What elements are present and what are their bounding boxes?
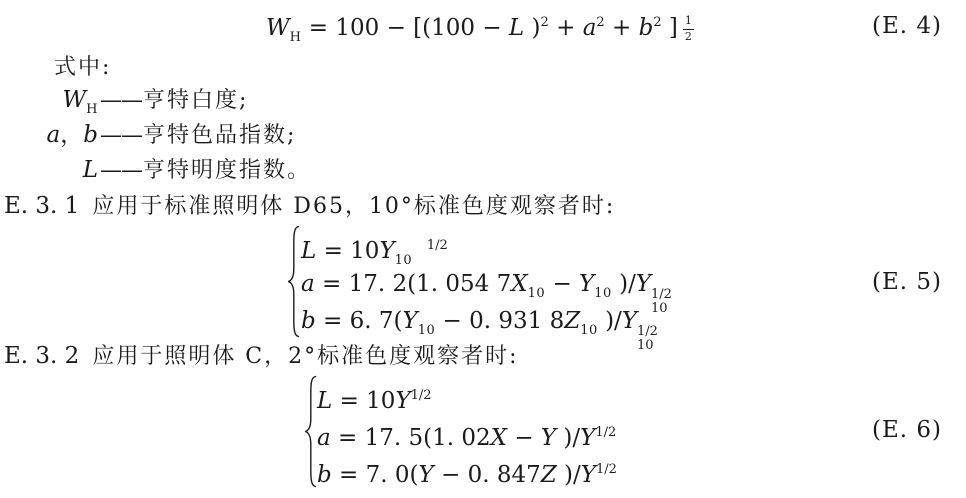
math-token: 1/2 — [595, 425, 616, 440]
left-brace-e6 — [302, 375, 318, 488]
em-dash: —— — [100, 158, 142, 183]
section-text-e32: 应用于照明体 C，2°标准色度观察者时: — [92, 344, 518, 369]
formula-label-e5: (E. 5) — [872, 264, 942, 300]
math-token: )/ — [557, 462, 581, 488]
math-token: L — [317, 388, 332, 414]
definition-row-ab: a，b——亨特色品指数; — [0, 117, 296, 154]
left-brace-e5 — [285, 225, 301, 338]
math-token: b — [301, 308, 316, 334]
math-token: L — [509, 15, 524, 41]
math-token: 2 — [653, 15, 661, 30]
math-token: + — [549, 15, 583, 41]
math-token: )/ — [556, 425, 580, 451]
math-token: 10 — [594, 286, 612, 301]
math-token: Y — [636, 271, 651, 297]
math-token: 1/2 — [596, 462, 617, 477]
math-token: ] — [662, 15, 678, 41]
section-heading-e32: E. 3. 2应用于照明体 C，2°标准色度观察者时: — [4, 338, 519, 375]
definition-term-l: L — [0, 152, 98, 188]
math-token: )/ — [612, 271, 636, 297]
math-token: − — [545, 271, 579, 297]
definition-row-l: L——亨特明度指数。 — [0, 152, 311, 189]
where-intro: 式中: — [54, 50, 111, 86]
math-token: a — [317, 425, 331, 451]
math-token: L — [83, 157, 98, 183]
math-token: Y — [419, 462, 434, 488]
math-token: Y — [541, 425, 556, 451]
math-token: H — [290, 30, 302, 45]
math-token: 2 — [541, 15, 549, 30]
math-token: = 100 − [(100 − — [301, 15, 508, 41]
math-token: 1/210 — [637, 325, 658, 352]
math-token: + — [605, 15, 639, 41]
math-token: Y — [622, 308, 637, 334]
definition-text-l: 亨特明度指数。 — [143, 158, 311, 183]
math-token — [412, 238, 427, 264]
formula-label-e6: (E. 6) — [872, 412, 942, 448]
math-token: b — [317, 462, 332, 488]
math-token: Y — [379, 238, 394, 264]
math-token: = 6. 7( — [316, 308, 403, 334]
math-token: a — [301, 271, 315, 297]
math-token: = 10 — [332, 388, 395, 414]
math-token: − 0. 931 8 — [435, 308, 564, 334]
math-token: 10 — [418, 323, 436, 338]
math-token: b — [83, 122, 98, 148]
section-number-e32: E. 3. 2 — [4, 343, 79, 369]
formula-e4: WH = 100 − [(100 − L )2 + a2 + b2 ]12 — [266, 5, 694, 56]
math-token: 10 — [580, 323, 598, 338]
em-dash: —— — [100, 123, 142, 148]
math-token: − 0. 847 — [434, 462, 541, 488]
math-token: W — [63, 87, 87, 113]
math-token: = 17. 5(1. 02 — [331, 425, 491, 451]
math-token: = 17. 2(1. 054 7 — [315, 271, 512, 297]
math-token: a — [583, 15, 597, 41]
math-token: 1/2 — [411, 388, 432, 403]
formula-e6-line3: b = 7. 0(Y − 0. 847Z )/Y1/2 — [317, 452, 617, 493]
math-token: 2 — [596, 15, 604, 30]
math-token: Y — [580, 425, 595, 451]
formula-e6-line2: a = 17. 5(1. 02X − Y )/Y1/2 — [317, 415, 616, 456]
section-text-e31: 应用于标准照明体 D65，10°标准色度观察者时: — [92, 194, 615, 219]
section-number-e31: E. 3. 1 — [4, 193, 79, 219]
math-token: − — [507, 425, 541, 451]
math-token: Y — [395, 388, 410, 414]
math-token: b — [639, 15, 654, 41]
math-token: a — [47, 122, 61, 148]
math-token: 10 — [528, 286, 546, 301]
formula-label-e4: (E. 4) — [872, 8, 942, 44]
definition-text-ab: 亨特色品指数; — [143, 123, 296, 148]
math-token: Y — [581, 462, 596, 488]
document-page: WH = 100 − [(100 − L )2 + a2 + b2 ]12 (E… — [0, 0, 966, 498]
formula-e6-line1: L = 10Y1/2 — [317, 378, 432, 419]
math-token: Y — [403, 308, 418, 334]
math-token: Y — [579, 271, 594, 297]
math-token: = 10 — [316, 238, 379, 264]
em-dash: —— — [100, 88, 142, 113]
math-token: X — [511, 271, 527, 297]
math-token: Z — [541, 462, 557, 488]
math-token: Z — [564, 308, 580, 334]
math-token: W — [266, 15, 290, 41]
math-token: ， — [60, 122, 83, 148]
math-token: 1/2 — [427, 238, 448, 253]
math-token: H — [86, 102, 98, 117]
definition-term-ab: a，b — [0, 117, 98, 153]
definition-text-wh: 亨特白度; — [143, 88, 248, 113]
math-token: X — [491, 425, 507, 451]
math-token: ) — [524, 15, 540, 41]
section-heading-e31: E. 3. 1应用于标准照明体 D65，10°标准色度观察者时: — [4, 188, 615, 225]
math-token: 12 — [683, 15, 694, 43]
math-token: = 7. 0( — [332, 462, 419, 488]
math-token: )/ — [598, 308, 622, 334]
math-token: L — [301, 238, 316, 264]
